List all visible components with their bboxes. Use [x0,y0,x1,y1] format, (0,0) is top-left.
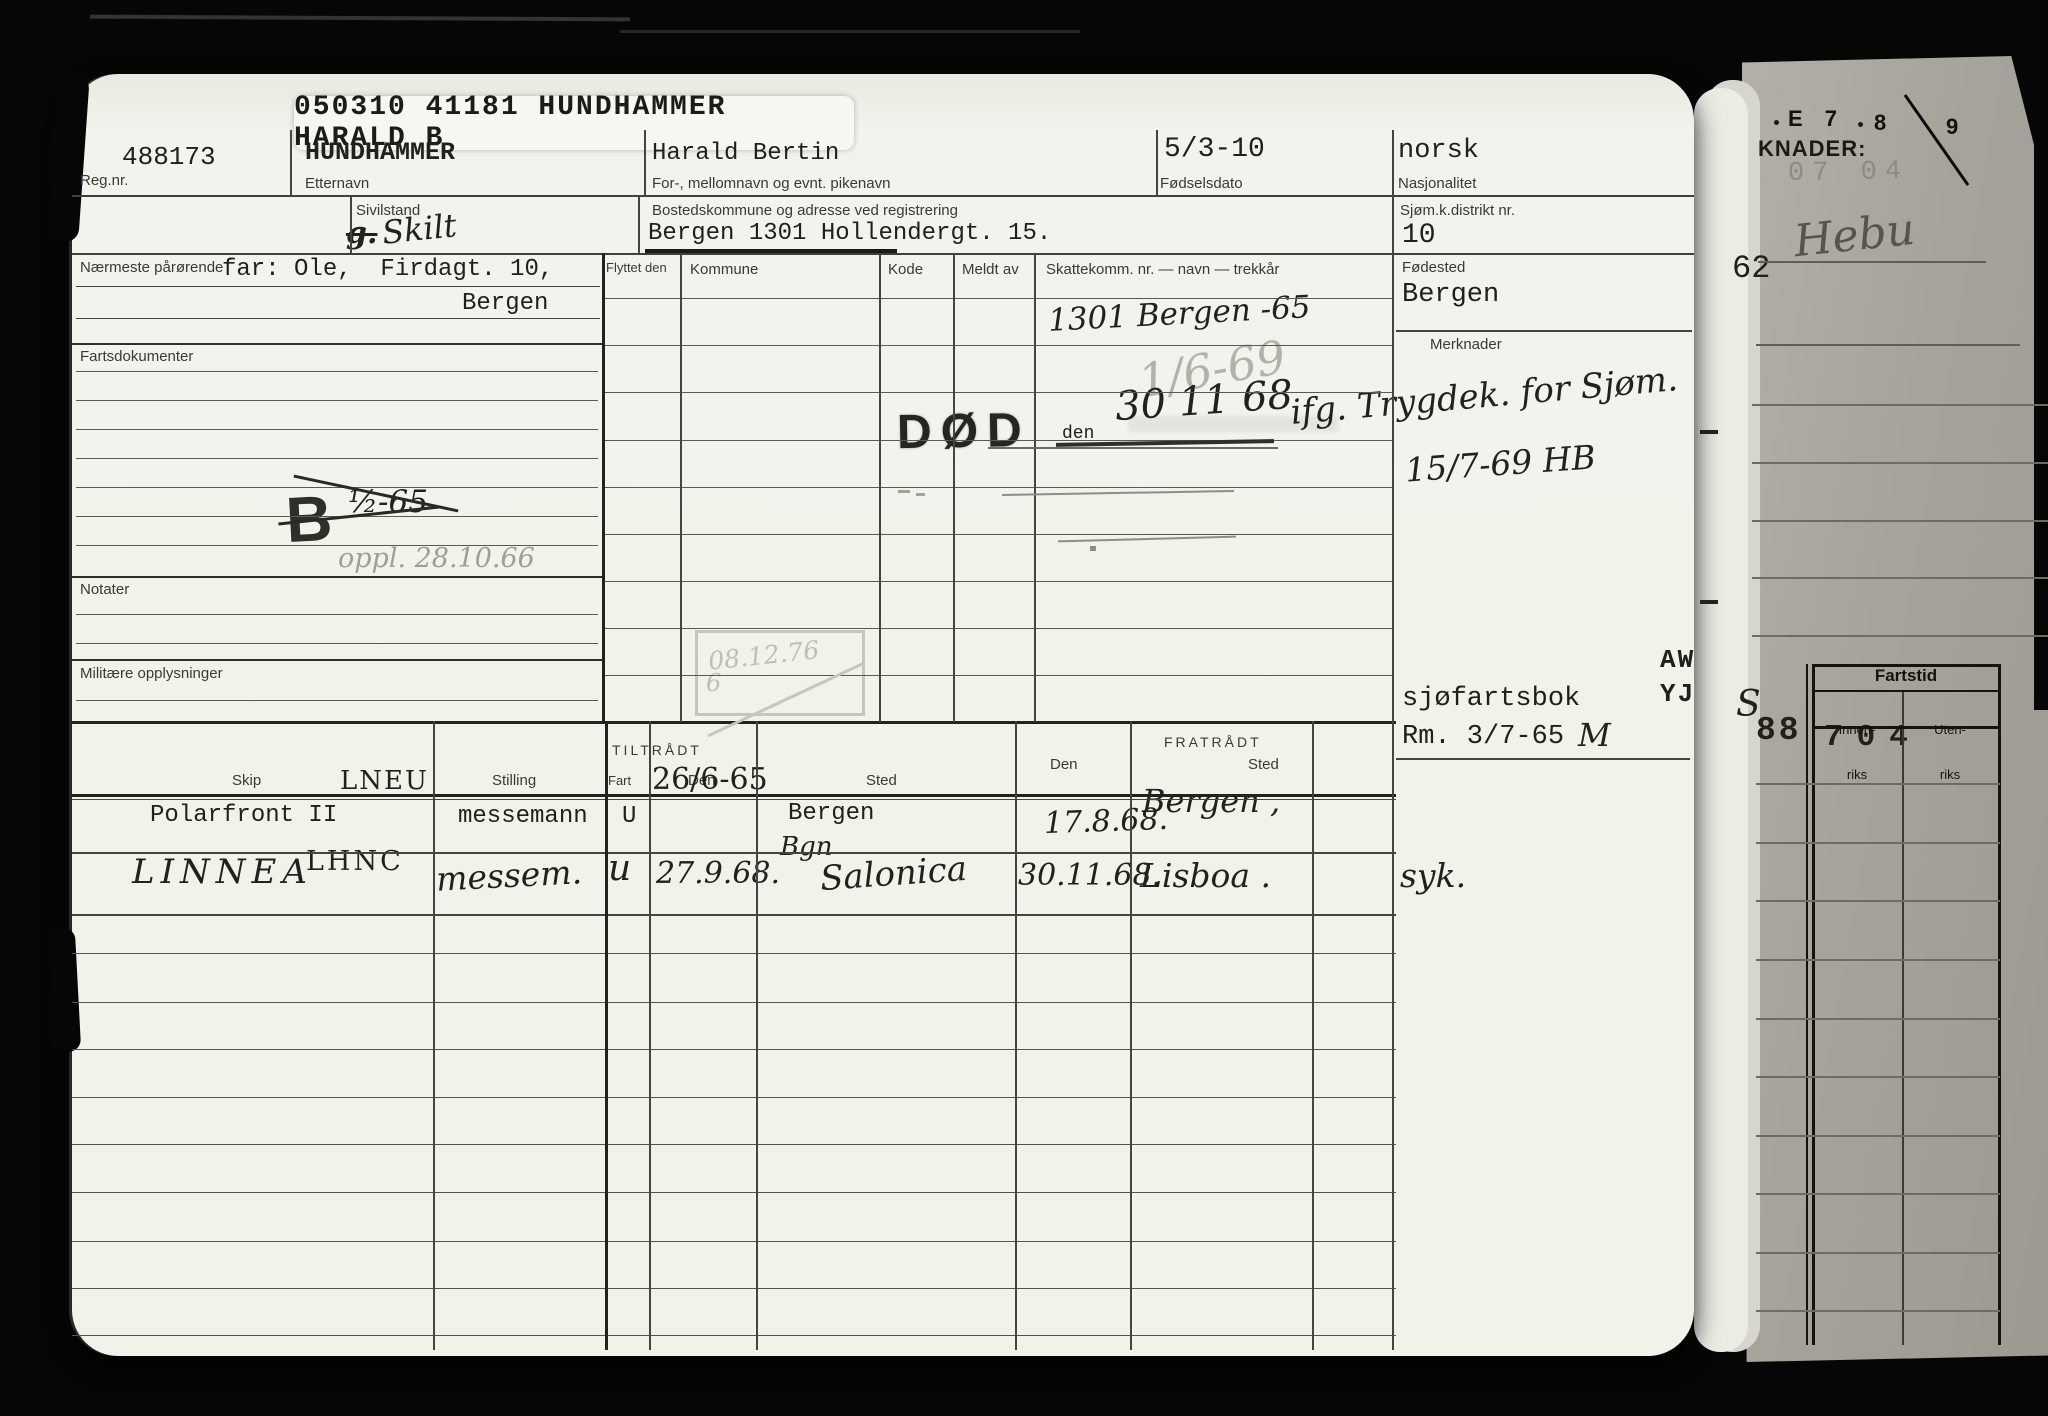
rule-line [76,700,598,701]
rule-line [1392,130,1394,1350]
notater-label: Notater [80,581,129,598]
rule-line [602,298,1394,299]
merknader-label: Merknader [1430,336,1502,353]
death-stamp: DØD [897,403,1032,460]
bosted-label: Bostedskommune og adresse ved registreri… [652,202,958,219]
rule-line [680,253,682,722]
col-til-sted: Sted [866,772,897,789]
naermeste-line2: Bergen [462,290,548,317]
rule-line [1756,1076,2000,1078]
rule-line [350,197,352,254]
ink-smudge [1128,416,1338,432]
separator-dot [1774,120,1779,125]
col-stilling: Stilling [492,772,536,789]
rule-line [602,345,1394,346]
rule-line [1752,404,2048,406]
oppl-pencil-note: oppl. 28.10.66 [338,543,535,574]
col-meldt-av: Meldt av [962,261,1019,278]
fodested-label: Fødested [1402,259,1465,276]
col-skip: Skip [232,772,261,789]
rule-line [72,1288,1396,1289]
rule-line [72,343,603,345]
scan-artifact [90,15,630,22]
rule-line [76,458,598,459]
rule-line [72,794,1396,797]
rule-line [898,490,910,493]
ship-row-stilling: messemann [458,803,588,830]
rule-line [433,721,435,1350]
rule-line [602,534,1394,535]
rule-line [72,852,1396,854]
ship-row-til-sted-over: Bgn [780,832,833,862]
scan-artifact [47,927,81,1052]
rule-line [605,721,608,1350]
edge-number-62: 62 [1732,250,1770,287]
etternavn-value: HUNDHAMMER [305,138,455,167]
ship-row-fart: U [622,803,636,830]
militaere-label: Militære opplysninger [80,665,223,682]
rule-line [1312,721,1314,1350]
rule-line [602,581,1394,582]
rule-line [72,195,1694,197]
fartstid-title: Fartstid [1812,666,2000,686]
rule-line [602,628,1394,629]
naermeste-label: Nærmeste pårørende [80,259,223,276]
rule-line [72,1002,1396,1003]
ship-row-til-sted: Bergen [788,800,874,827]
sivilstand-value: Skilt [380,206,458,252]
rule-line [602,440,1394,441]
rule-line [1756,1310,2000,1312]
rule-line [879,253,881,722]
etternavn-label: Etternavn [305,175,369,192]
rule-line [1700,600,1718,604]
ship-row-til-den: 27.9.68. [656,856,780,891]
bosted-value: Bergen 1301 Hollendergt. 15. [648,220,1051,247]
rule-line [1756,1135,2000,1137]
rule-line [649,721,651,1350]
death-den-label: den [1062,424,1094,444]
rule-line [1752,520,2048,522]
back-card-handwriting: Hebu [1792,204,1918,267]
rule-line [76,286,600,287]
rule-line [1700,430,1718,434]
rule-line [1812,690,2000,692]
rule-line [76,643,598,644]
ship-row-fart: u [608,848,631,889]
col-fra-den: Den [1050,756,1078,773]
rule-line [76,545,598,546]
distrikt-value: 10 [1402,220,1436,251]
rule-line [1756,1018,2000,1020]
ship-row-til-den: 26/6-65 [652,762,768,797]
rule-line [1396,758,1690,760]
rule-line [1812,726,2000,729]
ship-row-merknad: syk. [1400,856,1466,895]
tiltradt-header: TILTRÅDT [612,742,702,758]
rule-line [1090,546,1096,551]
nasjonalitet-label: Nasjonalitet [1398,175,1476,192]
rule-line [638,197,640,254]
edge-code-aw: AW [1660,645,1695,675]
rule-line [72,1097,1396,1098]
faint-stamp-date: 08.12.76 [707,635,821,675]
reg-nr-value: 488173 [122,142,216,172]
ship-row-fra-sted: Bergen , [1142,782,1280,820]
rule-line [602,253,605,722]
rule-line [1758,261,1986,263]
fratradt-header: FRATRÅDT [1164,734,1262,750]
rule-line [1752,462,2048,464]
rule-line [756,721,758,1350]
rule-line [72,659,603,661]
rule-line [72,914,1396,916]
ship-row-stilling: messem. [435,852,583,899]
rule-line [1058,536,1236,543]
rule-line [72,1144,1396,1145]
rule-line [72,1192,1396,1193]
col-skattekomm: Skattekomm. nr. — navn — trekkår [1046,261,1279,278]
rule-line [1002,490,1234,496]
rule-line [72,1335,1396,1336]
rule-line [1756,1193,2000,1195]
back-card-mark-8: 8 [1874,110,1886,136]
rule-line [953,253,955,722]
distrikt-label: Sjøm.k.distrikt nr. [1400,202,1515,219]
rule-line [72,1241,1396,1242]
death-note: ifg. Trygdek. for Sjøm. [1289,359,1679,433]
naermeste-line1: far: Ole, Firdagt. 10, [222,256,553,283]
fartstid-col1-line2: riks [1814,768,1900,783]
reg-nr-label: Reg.nr. [80,172,128,189]
col-kode: Kode [888,261,923,278]
rule-line [1904,94,1970,186]
fartstid-col-utenriks: Uten- riks [1904,693,1996,813]
rule-line [1806,664,1808,1345]
rule-line [76,429,598,430]
rule-line [1998,664,2001,1345]
rule-line [72,253,1694,255]
fartstid-col-innenriks: Innen- riks [1814,693,1900,813]
rule-line [1015,721,1017,1350]
rule-line [1756,842,2000,844]
fodselsdato-label: Fødselsdato [1160,175,1243,192]
scan-artifact [2034,0,2048,710]
rule-line [72,1049,1396,1050]
fornavn-value: Harald Bertin [652,140,839,167]
fornavn-label: For-, mellomnavn og evnt. pikenavn [652,175,890,192]
rule-line [290,130,292,196]
scan-artifact [46,73,90,243]
rule-line [1130,721,1132,1350]
rule-line [1756,783,2000,785]
rule-line [988,447,1278,449]
back-card-mark-7: E 7 [1788,106,1845,132]
col-fart: Fart [608,774,631,789]
rule-line [1756,344,2020,346]
rule-line [1034,253,1036,722]
col-kommune: Kommune [690,261,758,278]
rule-line [1756,900,2000,902]
ship-row-til-sted: Salonica [819,849,968,899]
col-fra-sted: Sted [1248,756,1279,773]
rule-line [76,487,598,488]
fartsdokumenter-label: Fartsdokumenter [80,348,193,365]
rule-line [72,799,1396,800]
fodselsdato-value: 5/3-10 [1164,134,1265,165]
rule-line [1812,664,1815,1345]
col-flyttet-den: Flyttet den [606,261,667,276]
scan-artifact [620,30,1080,33]
rule-line [76,614,598,615]
rule-line [1396,330,1692,332]
ship-row-fra-sted: Lisboa . [1140,856,1271,895]
rule-line [602,392,1394,393]
rule-line [1752,635,2048,637]
fartstid-col2-line2: riks [1904,768,1996,783]
rule-line [1156,130,1158,196]
back-card-mark-9: 9 [1946,114,1958,140]
sjofartsbok-initial: M [1578,716,1611,754]
separator-dot [1858,122,1863,127]
rule-line [72,953,1396,954]
ship-row-skip: LINNEA [132,852,313,892]
edge-code-yj: YJ [1660,679,1695,709]
back-card-stamp-0704: 07 04 [1788,157,1910,189]
rule-line [1812,664,2000,667]
rule-line [72,576,603,578]
rule-line [602,487,1394,488]
ship-row-callsign: LHNC [306,846,404,877]
fodested-value: Bergen [1402,280,1499,310]
rule-line [1756,1252,2000,1254]
rule-line [602,675,1394,676]
scanned-registry-page: 050310 41181 HUNDHAMMER HARALD B 488173 … [0,0,2048,1416]
rule-line [1752,577,2048,579]
rule-line [76,400,598,401]
rule-line [76,318,600,319]
rule-line [644,130,646,196]
edge-number-88: 88 [1756,712,1802,749]
rule-line [1756,959,2000,961]
sjofartsbok-label: sjøfartsbok [1402,684,1580,714]
rule-line [916,493,925,496]
nasjonalitet-value: norsk [1398,136,1479,166]
ship-row-skip: Polarfront II [150,802,337,829]
death-note-2: 15/7-69 HB [1404,437,1597,489]
rule-line [76,371,598,372]
sjofartsbok-date: Rm. 3/7-65 [1402,722,1564,752]
ship-row-callsign: LNEU [340,766,429,796]
faint-stamp-line2: 6 [706,669,721,697]
